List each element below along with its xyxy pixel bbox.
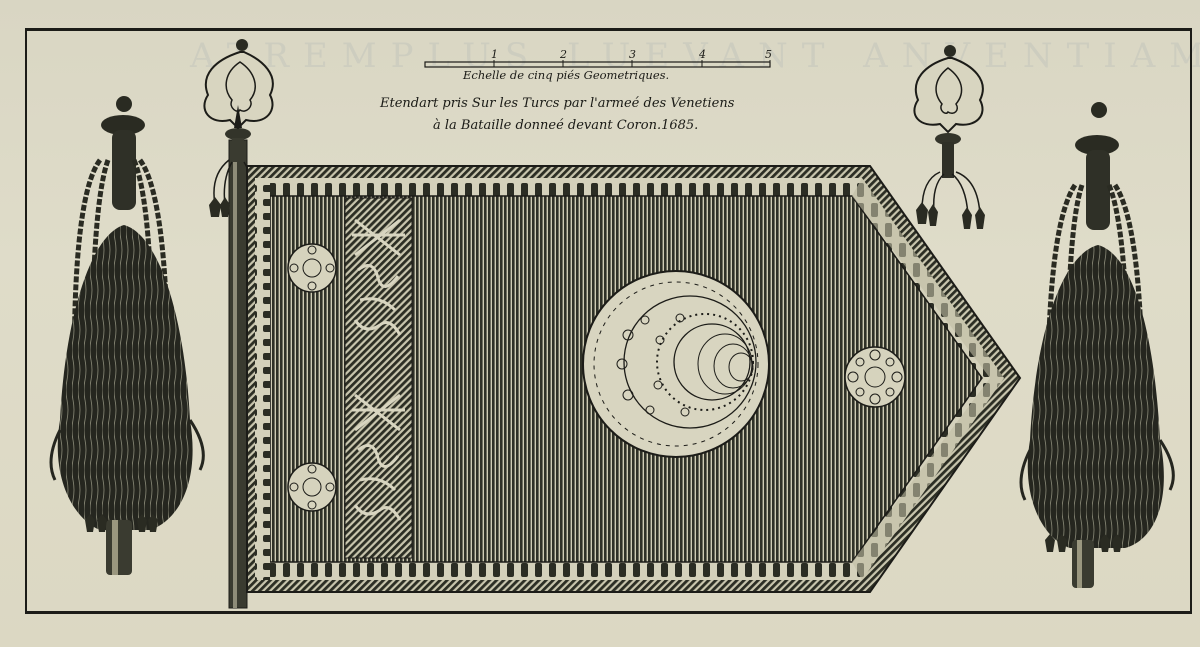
- horsetail-standard-icon: [51, 96, 203, 575]
- crescent-medallion-icon: [583, 271, 769, 457]
- plate-title-line-1: Etendart pris Sur les Turcs par l'armeé …: [380, 96, 734, 111]
- scale-label: Echelle de cinq piés Geometriques.: [463, 68, 669, 82]
- rosette-icon: [845, 347, 905, 407]
- scale-tick-5: 5: [765, 48, 772, 61]
- scale-tick-2: 2: [560, 48, 567, 61]
- scale-bar: [425, 60, 770, 67]
- rosette-icon: [288, 244, 336, 292]
- horsetail-standard-icon: [1021, 102, 1173, 588]
- calligraphy-panel-icon: [345, 198, 412, 558]
- scale-tick-3: 3: [629, 48, 636, 61]
- plate-title-line-2: à la Bataille donneé devant Coron.1685.: [433, 118, 698, 133]
- scale-tick-4: 4: [699, 48, 706, 61]
- leaf-finial-icon: [914, 45, 985, 229]
- engraving-page: ATREMPLUS LUEVANT ANVENTIAM: [0, 0, 1200, 647]
- scale-tick-1: 1: [491, 48, 498, 61]
- rosette-icon: [288, 463, 336, 511]
